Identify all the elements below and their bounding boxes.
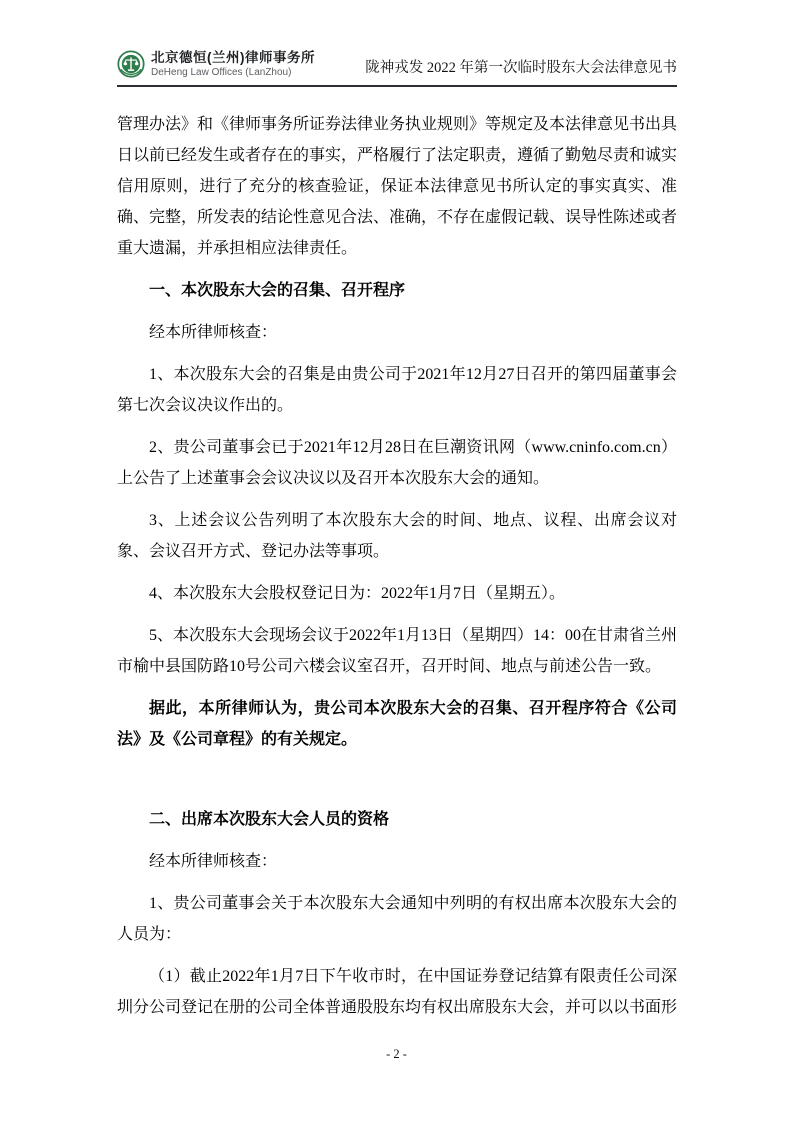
document-title: 陇神戎发 2022 年第一次临时股东大会法律意见书	[365, 56, 677, 78]
document-body: 管理办法》和《律师事务所证券法律业务执业规则》等规定及本法律意见书出具日以前已经…	[117, 109, 677, 1034]
page-header: 北京德恒(兰州)律师事务所 DeHeng Law Offices (LanZho…	[117, 50, 677, 87]
paragraph-item-5: 5、本次股东大会现场会议于2022年1月13日（星期四）14：00在甘肃省兰州市…	[117, 620, 677, 682]
paragraph-verified-lead-2: 经本所律师核查：	[117, 846, 677, 877]
deheng-logo-icon	[117, 50, 145, 78]
paragraph-item-3: 3、上述会议公告列明了本次股东大会的时间、地点、议程、出席会议对象、会议召开方式…	[117, 505, 677, 567]
paragraph-item-1: 1、本次股东大会的召集是由贵公司于2021年12月27日召开的第四届董事会第七次…	[117, 359, 677, 421]
paragraph-continued: 管理办法》和《律师事务所证券法律业务执业规则》等规定及本法律意见书出具日以前已经…	[117, 109, 677, 264]
paragraph-conclusion: 据此，本所律师认为，贵公司本次股东大会的召集、召开程序符合《公司法》及《公司章程…	[117, 693, 677, 755]
paragraph-item-2-1: 1、贵公司董事会关于本次股东大会通知中列明的有权出席本次股东大会的人员为：	[117, 888, 677, 950]
section-heading-2: 二、出席本次股东大会人员的资格	[117, 804, 677, 835]
page-number: - 2 -	[0, 1047, 793, 1062]
firm-name-english: DeHeng Law Offices (LanZhou)	[151, 67, 315, 79]
law-firm-identity: 北京德恒(兰州)律师事务所 DeHeng Law Offices (LanZho…	[117, 50, 315, 78]
paragraph-item-2: 2、贵公司董事会已于2021年12月28日在巨潮资讯网（www.cninfo.c…	[117, 432, 677, 494]
paragraph-item-2-1-1: （1）截止2022年1月7日下午收市时，在中国证券登记结算有限责任公司深圳分公司…	[117, 961, 677, 1023]
section-heading-1: 一、本次股东大会的召集、召开程序	[117, 275, 677, 306]
paragraph-verified-lead: 经本所律师核查：	[117, 317, 677, 348]
document-page: 北京德恒(兰州)律师事务所 DeHeng Law Offices (LanZho…	[0, 0, 793, 1122]
firm-names: 北京德恒(兰州)律师事务所 DeHeng Law Offices (LanZho…	[151, 50, 315, 78]
paragraph-item-4: 4、本次股东大会股权登记日为：2022年1月7日（星期五）。	[117, 578, 677, 609]
firm-name-chinese: 北京德恒(兰州)律师事务所	[151, 50, 315, 66]
